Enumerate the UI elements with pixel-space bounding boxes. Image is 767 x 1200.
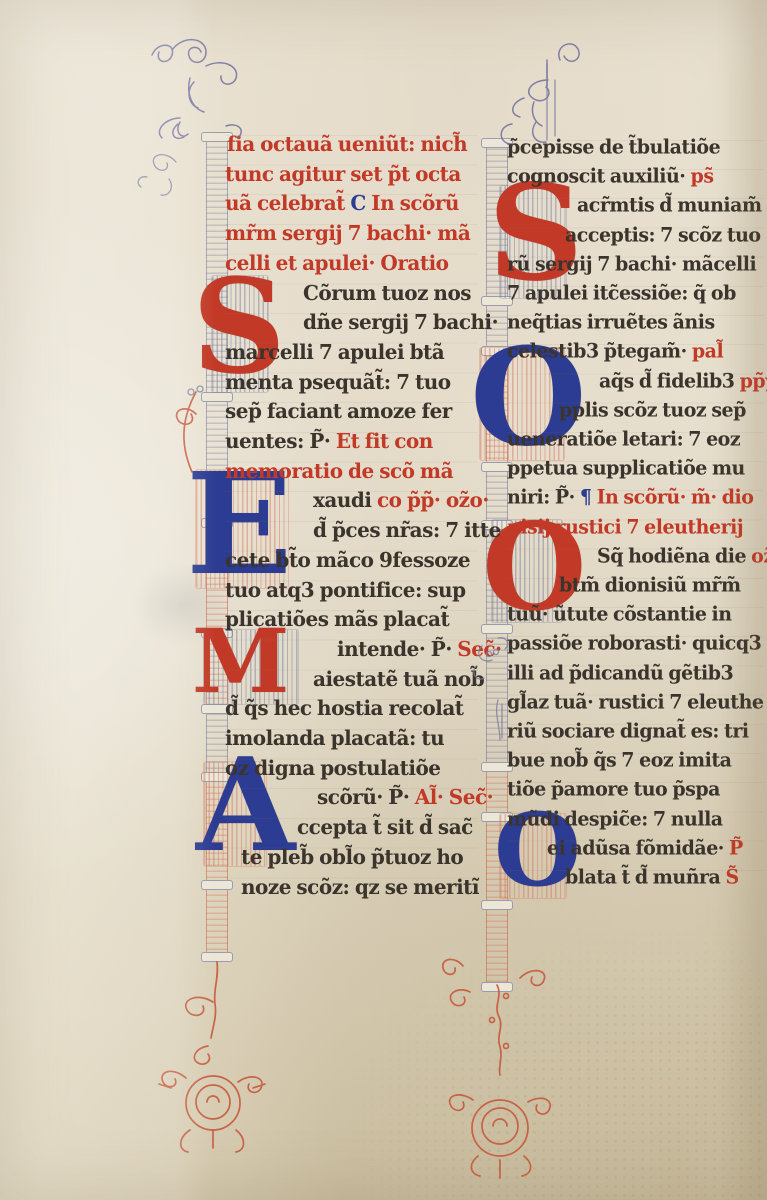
text-line: mr̃m sergij 7 bachi· mã bbox=[225, 220, 470, 245]
text-segment: Cõrum tuoz nos bbox=[303, 280, 471, 305]
text-segment: pal̃ bbox=[692, 340, 723, 363]
text-line: 7 apulei itc̃essiõe: q̃ ob bbox=[507, 282, 736, 305]
text-segment: aq̃s d̃ fidelib3 bbox=[599, 370, 740, 393]
text-segment: oz digna postulatiõe bbox=[225, 755, 441, 780]
ink-smudge bbox=[128, 560, 238, 650]
text-segment: pp̃y bbox=[740, 370, 767, 393]
text-line: tunc agitur set p̃t octa bbox=[225, 161, 461, 186]
text-segment: neq̃tias irruẽtes ãnis bbox=[507, 311, 715, 334]
text-line: imolanda placatã: tu bbox=[225, 725, 444, 750]
text-segment: blata t̃ d̃ muñra bbox=[565, 866, 725, 889]
text-segment: oz̃· bbox=[751, 545, 767, 568]
text-line: tiõe p̃amore tuo p̃spa bbox=[507, 778, 720, 801]
text-segment: nisij rustici 7 eleutherij bbox=[507, 516, 743, 539]
text-segment: Sq̃ hodiẽna die bbox=[597, 545, 751, 568]
text-segment: ppetua supplicatiõe mu bbox=[507, 457, 745, 480]
text-segment: ueneratiõe letari: 7 eoz bbox=[507, 428, 740, 451]
text-segment: acr̃mtis d̃ muniam̃ bbox=[577, 194, 762, 217]
text-line: riũ sociare dignat̃ es: tri bbox=[507, 720, 749, 743]
text-segment: ccepta t̃ sit d̃ sac̃ bbox=[297, 814, 473, 839]
text-segment: tuo atq3 pontifice: sup bbox=[225, 577, 466, 602]
text-line: tuũ· ũtute cõstantie in bbox=[507, 603, 732, 626]
text-segment: dñe sergij 7 bachi· bbox=[303, 309, 498, 334]
text-line: menta psequãt̃: 7 tuo bbox=[225, 369, 451, 394]
text-line: intende· P̃· Sec̃· bbox=[337, 636, 502, 661]
penwork-bar-mid-collar bbox=[481, 900, 513, 910]
text-line: rũ sergij 7 bachi· mãcelli bbox=[507, 253, 756, 276]
text-line: cognoscit auxiliũ· ps̃ bbox=[507, 165, 714, 188]
text-segment: menta psequãt̃: 7 tuo bbox=[225, 369, 451, 394]
top-mid-blue-squiggle-icon bbox=[501, 44, 579, 144]
text-segment: illi ad p̃dicandũ gẽtib3 bbox=[507, 662, 733, 685]
text-line: gl̃az tuã· rustici 7 eleuthe bbox=[507, 691, 764, 714]
text-segment: 7 apulei itc̃essiõe: q̃ ob bbox=[507, 282, 736, 305]
text-segment: co p̃p̃· oz̃o· bbox=[377, 487, 489, 512]
text-segment: ¶ bbox=[580, 486, 597, 509]
text-segment: d̃ p̃ces nr̃as: 7 itte bbox=[313, 517, 501, 542]
text-line: illi ad p̃dicandũ gẽtib3 bbox=[507, 662, 733, 685]
text-line: plicatiões mãs placat̃ bbox=[225, 606, 449, 631]
text-segment: noze scõz: qz se meritĩ bbox=[241, 874, 479, 899]
text-line: noze scõz: qz se meritĩ bbox=[241, 874, 479, 899]
column-right: p̃cepisse de t̃bulatiõecognoscit auxiliũ… bbox=[507, 136, 763, 899]
text-segment: S̃ bbox=[725, 866, 738, 889]
text-line: ei adũsa fõmidãe· P̃ bbox=[547, 837, 743, 860]
text-line: passiõe roborasti· quicq3 bbox=[507, 632, 761, 655]
text-segment: ps̃ bbox=[691, 165, 714, 188]
text-segment: d̃ q̃s hec hostia recolat̃ bbox=[225, 695, 464, 720]
text-segment: fia octauã ueniũt: nich̃ bbox=[227, 131, 467, 156]
column-left: fia octauã ueniũt: nich̃tunc agitur set … bbox=[225, 131, 478, 907]
text-segment: celli et apulei· Oratio bbox=[225, 250, 449, 275]
manuscript-page: SEMASOOO fia octauã ueniũt: nich̃tunc ag… bbox=[0, 0, 767, 1200]
penwork-bar-left-collar bbox=[201, 952, 233, 962]
text-segment: riũ sociare dignat̃ es: tri bbox=[507, 720, 749, 743]
text-line: btm̃ dionisiũ mr̃m̃ bbox=[559, 574, 741, 597]
text-line: dñe sergij 7 bachi· bbox=[303, 309, 498, 334]
text-segment: btm̃ dionisiũ mr̃m̃ bbox=[559, 574, 741, 597]
text-line: bue nob̃ q̃s 7 eoz imita bbox=[507, 749, 731, 772]
text-segment: Al̃· Sec̃· bbox=[415, 784, 493, 809]
text-line: mũdi despic̃e: 7 nulla bbox=[507, 808, 723, 831]
text-segment: imolanda placatã: tu bbox=[225, 725, 444, 750]
text-line: aq̃s d̃ fidelib3 pp̃y bbox=[599, 370, 767, 393]
text-segment: celestib3 p̃tegam̃· bbox=[507, 340, 692, 363]
text-line: blata t̃ d̃ muñra S̃ bbox=[565, 866, 739, 889]
text-line: tuo atq3 pontifice: sup bbox=[225, 577, 466, 602]
text-line: sep̃ faciant amoze fer bbox=[225, 398, 452, 423]
text-line: ppetua supplicatiõe mu bbox=[507, 457, 745, 480]
parchment-texture bbox=[350, 930, 767, 1200]
text-segment: gl̃az tuã· rustici 7 eleuthe bbox=[507, 691, 764, 714]
text-line: fia octauã ueniũt: nich̃ bbox=[227, 131, 467, 156]
text-segment: In scõrũ bbox=[366, 190, 459, 215]
text-segment: niri: P̃· bbox=[507, 486, 580, 509]
text-segment: sep̃ faciant amoze fer bbox=[225, 398, 452, 423]
text-segment: rũ sergij 7 bachi· mãcelli bbox=[507, 253, 756, 276]
text-line: d̃ q̃s hec hostia recolat̃ bbox=[225, 695, 464, 720]
text-line: neq̃tias irruẽtes ãnis bbox=[507, 311, 715, 334]
text-segment: xaudi bbox=[313, 487, 377, 512]
text-line: Cõrum tuoz nos bbox=[303, 280, 471, 305]
text-segment: aiestatẽ tuã nob̃ bbox=[313, 666, 484, 691]
text-segment: acceptis: 7 scõz tuo bbox=[565, 224, 761, 247]
text-line: d̃ p̃ces nr̃as: 7 itte bbox=[313, 517, 501, 542]
text-segment: cete bt̃o mãco 9fessoze bbox=[225, 547, 470, 572]
text-line: Sq̃ hodiẽna die oz̃· bbox=[597, 545, 767, 568]
text-segment: cognoscit auxiliũ· bbox=[507, 165, 691, 188]
text-line: xaudi co p̃p̃· oz̃o· bbox=[313, 487, 489, 512]
text-segment: mũdi despic̃e: 7 nulla bbox=[507, 808, 723, 831]
text-segment: pplis scõz tuoz sep̃ bbox=[559, 399, 746, 422]
text-segment: C bbox=[350, 190, 365, 215]
text-segment: bue nob̃ q̃s 7 eoz imita bbox=[507, 749, 731, 772]
text-line: celestib3 p̃tegam̃· pal̃ bbox=[507, 340, 723, 363]
text-line: pplis scõz tuoz sep̃ bbox=[559, 399, 746, 422]
text-segment: uentes: P̃· bbox=[225, 428, 336, 453]
text-segment: te pleb̃ obl̃o p̃tuoz ho bbox=[241, 844, 463, 869]
text-line: ueneratiõe letari: 7 eoz bbox=[507, 428, 740, 451]
text-segment: memoratio de scõ mã bbox=[225, 458, 453, 483]
text-segment: Sec̃· bbox=[457, 636, 501, 661]
text-line: acceptis: 7 scõz tuo bbox=[565, 224, 761, 247]
text-line: te pleb̃ obl̃o p̃tuoz ho bbox=[241, 844, 463, 869]
text-line: celli et apulei· Oratio bbox=[225, 250, 449, 275]
text-segment: tunc agitur set p̃t octa bbox=[225, 161, 461, 186]
penwork-bar-mid-segment bbox=[486, 348, 508, 465]
text-segment: In scõrũ· m̃· dio bbox=[597, 486, 754, 509]
penwork-bar-mid-segment bbox=[486, 465, 508, 765]
text-segment: tuũ· ũtute cõstantie in bbox=[507, 603, 732, 626]
text-line: uentes: P̃· Et fit con bbox=[225, 428, 433, 453]
text-line: cete bt̃o mãco 9fessoze bbox=[225, 547, 470, 572]
text-segment: intende· P̃· bbox=[337, 636, 457, 661]
text-line: scõrũ· P̃· Al̃· Sec̃· bbox=[317, 784, 493, 809]
text-segment: plicatiões mãs placat̃ bbox=[225, 606, 449, 631]
text-line: niri: P̃· ¶ In scõrũ· m̃· dio bbox=[507, 486, 753, 509]
text-segment: marcelli 7 apulei btã bbox=[225, 339, 444, 364]
text-segment: P̃ bbox=[729, 837, 743, 860]
text-line: oz digna postulatiõe bbox=[225, 755, 441, 780]
text-line: marcelli 7 apulei btã bbox=[225, 339, 444, 364]
text-line: acr̃mtis d̃ muniam̃ bbox=[577, 194, 762, 217]
text-segment: passiõe roborasti· quicq3 bbox=[507, 632, 761, 655]
text-line: memoratio de scõ mã bbox=[225, 458, 453, 483]
text-line: p̃cepisse de t̃bulatiõe bbox=[507, 136, 720, 159]
bottom-left-red-spiral-icon bbox=[159, 962, 265, 1152]
text-segment: Et fit con bbox=[336, 428, 433, 453]
text-segment: p̃cepisse de t̃bulatiõe bbox=[507, 136, 720, 159]
initial-tail-flourish bbox=[177, 392, 196, 472]
text-segment: mr̃m sergij 7 bachi· mã bbox=[225, 220, 470, 245]
text-segment: scõrũ· P̃· bbox=[317, 784, 415, 809]
text-line: aiestatẽ tuã nob̃ bbox=[313, 666, 484, 691]
text-segment: tiõe p̃amore tuo p̃spa bbox=[507, 778, 720, 801]
text-line: ccepta t̃ sit d̃ sac̃ bbox=[297, 814, 473, 839]
text-line: nisij rustici 7 eleutherij bbox=[507, 516, 743, 539]
text-line: uã celebrat̃ C In scõrũ bbox=[225, 190, 459, 215]
text-segment: uã celebrat̃ bbox=[225, 190, 350, 215]
text-segment: ei adũsa fõmidãe· bbox=[547, 837, 729, 860]
